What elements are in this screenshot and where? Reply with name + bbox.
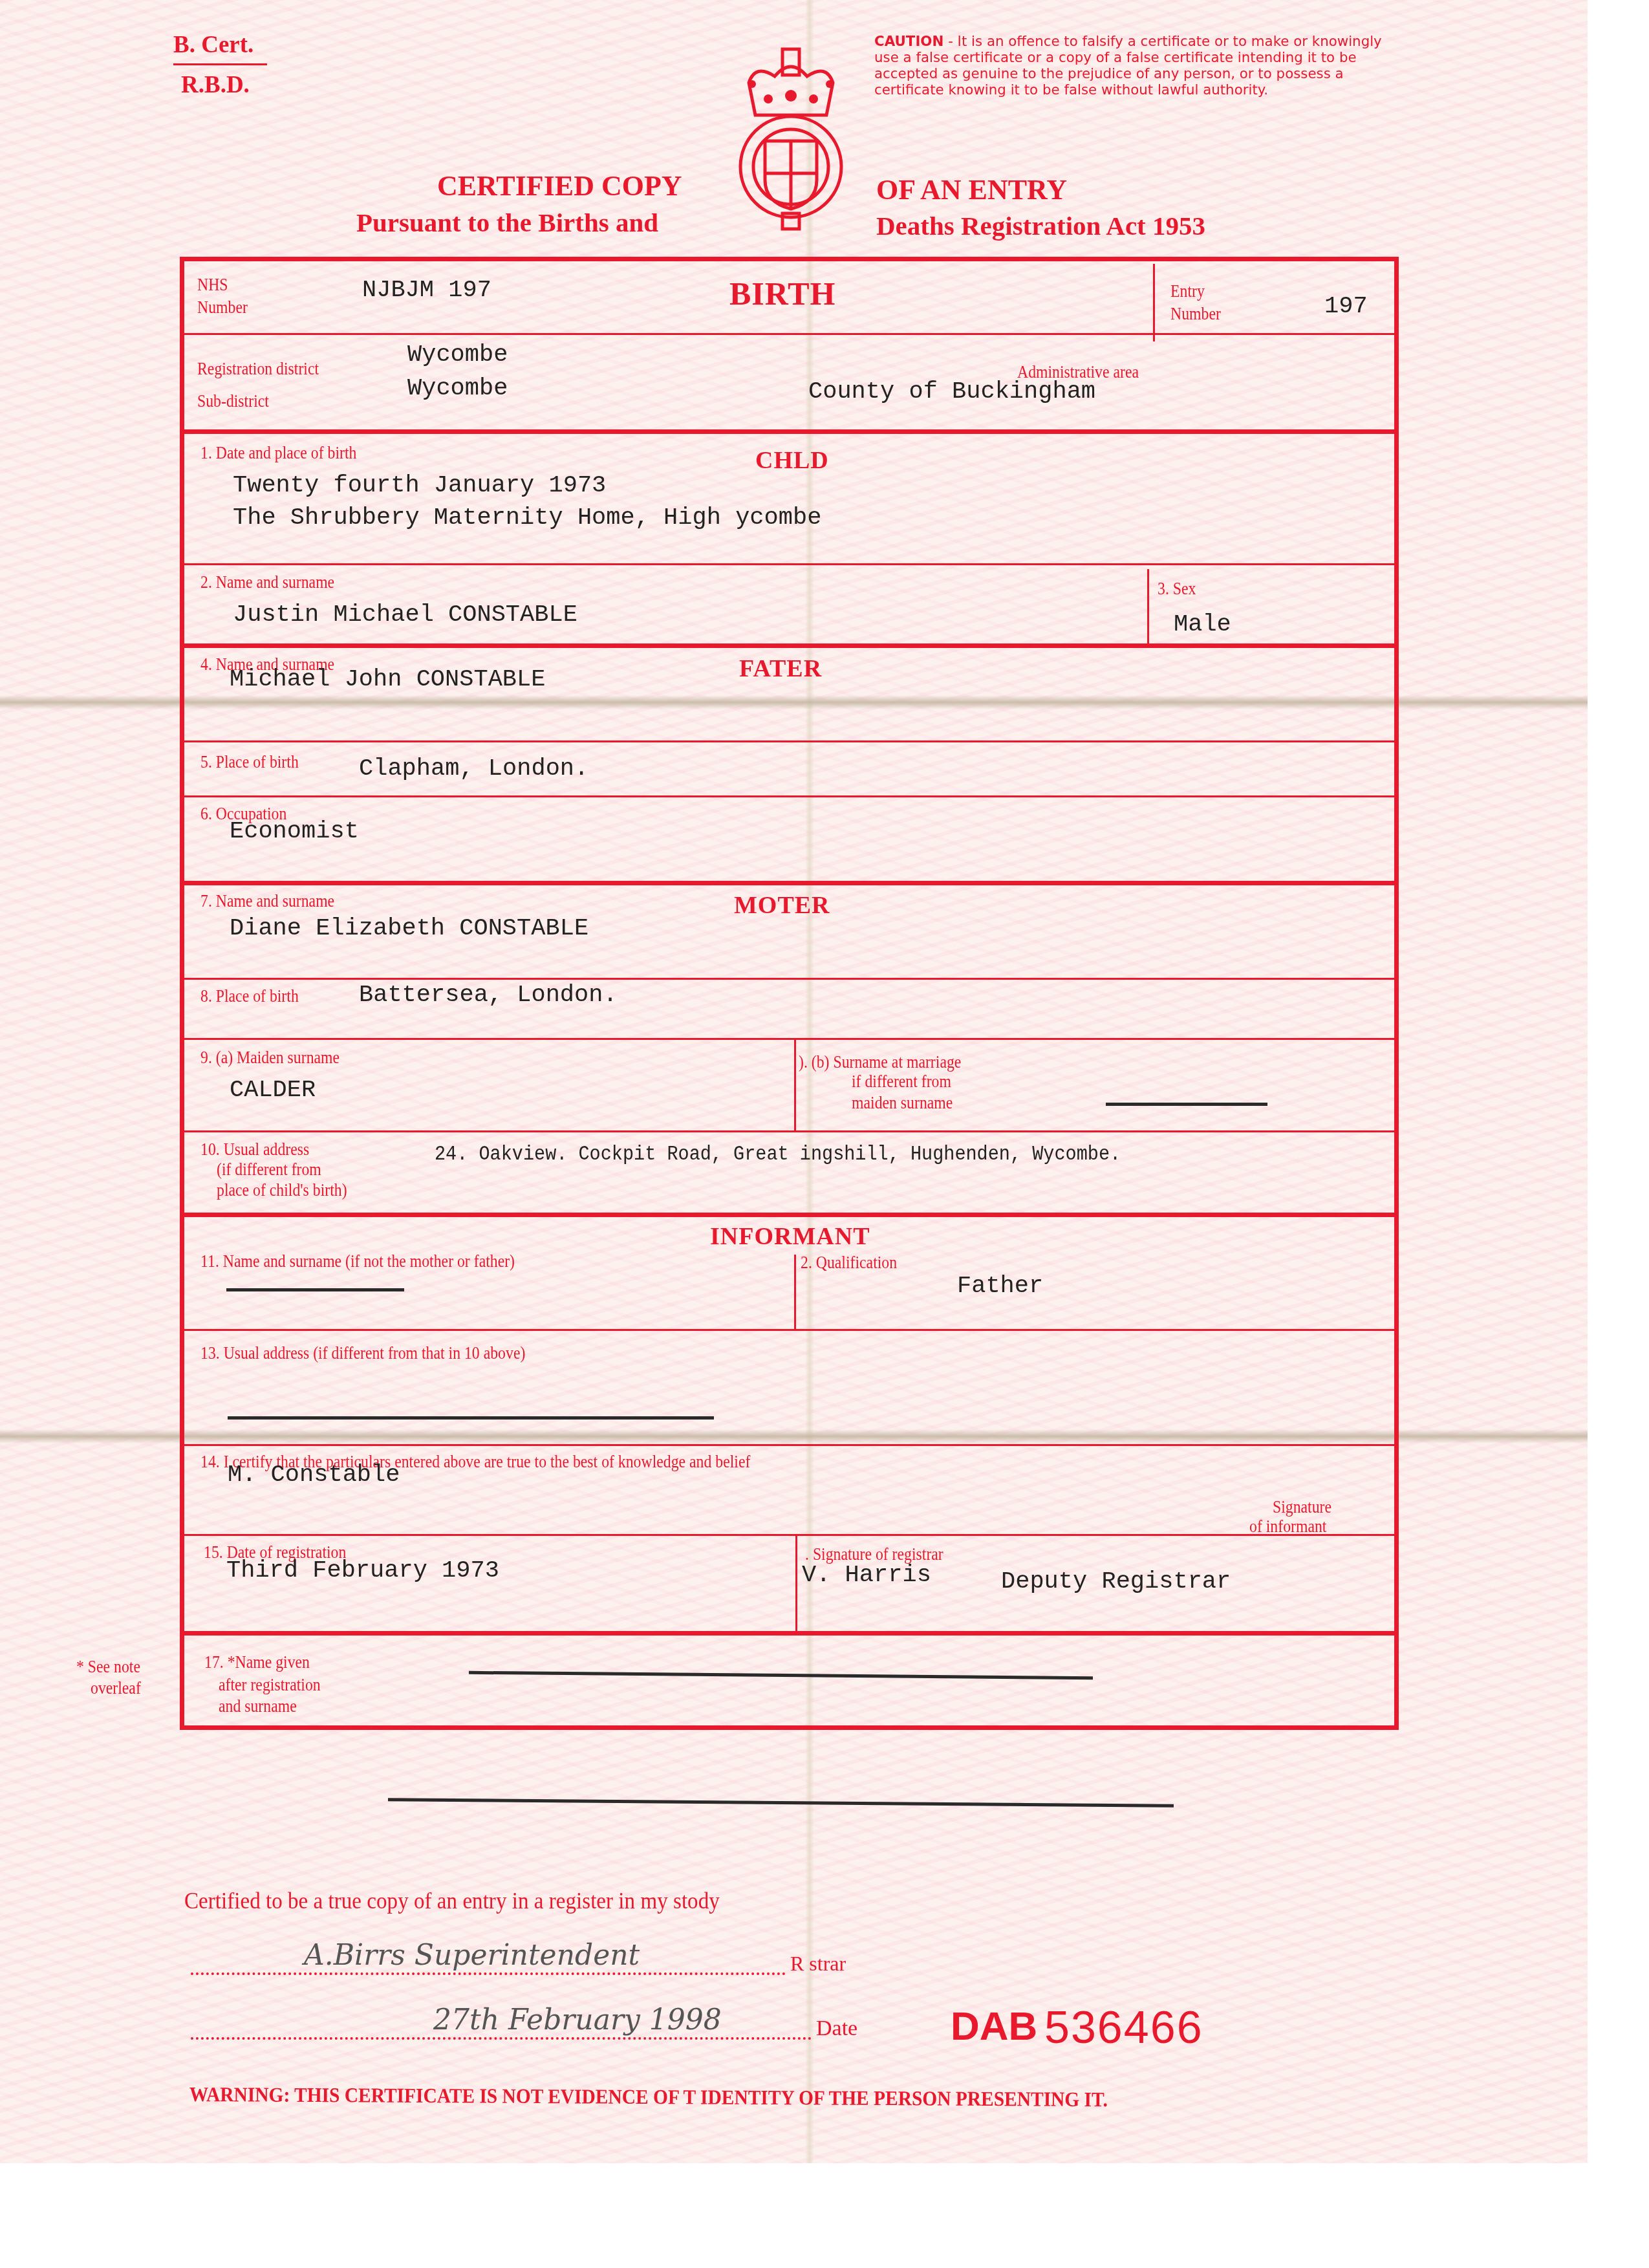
name-after-registration-blank-line bbox=[469, 1671, 1093, 1679]
date-suffix-label: Date bbox=[816, 2016, 857, 2041]
qualification-label: 2. Qualification bbox=[801, 1253, 897, 1273]
maiden-divider bbox=[794, 1038, 796, 1130]
name-after-registration-label-2: after registration bbox=[219, 1675, 321, 1695]
surname-at-marriage-label-1: ). (b) Surname at marriage bbox=[799, 1052, 961, 1072]
informant-name-blank-line bbox=[226, 1288, 404, 1291]
entry-number-value: 197 bbox=[1324, 293, 1368, 320]
sex-label: 3. Sex bbox=[1158, 579, 1196, 599]
fold-crease-vertical bbox=[805, 0, 814, 2163]
father-birthplace-label: 5. Place of birth bbox=[200, 752, 299, 772]
cancel-line bbox=[388, 1798, 1174, 1808]
form-border-top bbox=[180, 257, 1399, 261]
see-note-label-1: * See note bbox=[76, 1657, 140, 1677]
section-title-father: FATER bbox=[739, 654, 822, 683]
row-divider bbox=[180, 333, 1399, 335]
nhs-number-label-2: Number bbox=[197, 297, 248, 318]
mother-birthplace-label: 8. Place of birth bbox=[200, 986, 299, 1006]
identity-warning: WARNING: THIS CERTIFICATE IS NOT EVIDENC… bbox=[189, 2082, 1108, 2111]
row-divider bbox=[180, 1038, 1399, 1040]
name-after-registration-label-1: 17. *Name given bbox=[204, 1652, 310, 1672]
nhs-number-value: NJBJM 197 bbox=[362, 277, 491, 304]
maiden-surname-label: 9. (a) Maiden surname bbox=[200, 1048, 339, 1068]
caution-notice: CAUTION - It is an offence to falsify a … bbox=[874, 34, 1401, 98]
royal-crest-icon bbox=[729, 44, 852, 232]
registrar-handwritten-signature: A.Birrs Superintendent bbox=[304, 1939, 640, 1972]
maiden-surname-value: CALDER bbox=[230, 1077, 316, 1104]
serial-prefix: DAB bbox=[951, 2003, 1037, 2049]
registrar-name: V. Harris bbox=[802, 1562, 931, 1589]
signature-of-informant-label-1: Signature bbox=[1273, 1497, 1331, 1517]
certification-handwritten-date: 27th February 1998 bbox=[433, 2003, 722, 2036]
section-divider bbox=[180, 643, 1399, 648]
sub-district-value: Wycombe bbox=[407, 375, 508, 402]
row-divider bbox=[180, 1444, 1399, 1446]
surname-at-marriage-label-2: if different from bbox=[852, 1072, 951, 1092]
caution-text: - It is an offence to falsify a certific… bbox=[874, 34, 1382, 98]
date-dotted-line bbox=[191, 2037, 812, 2040]
usual-address-value: 24. Oakview. Cockpit Road, Great ingshil… bbox=[435, 1143, 1121, 1166]
form-code-divider bbox=[173, 63, 267, 65]
registrar-title: Deputy Registrar bbox=[1001, 1568, 1231, 1595]
certified-true-copy-statement: Certified to be a true copy of an entry … bbox=[184, 1887, 720, 1914]
section-divider bbox=[180, 1213, 1399, 1217]
section-title-mother: MOTER bbox=[734, 891, 830, 920]
fold-crease-horizontal bbox=[0, 695, 1588, 709]
entry-number-label-2: Number bbox=[1170, 304, 1221, 324]
mother-name-label: 7. Name and surname bbox=[200, 891, 334, 911]
date-of-registration-value: Third February 1973 bbox=[226, 1557, 499, 1584]
usual-address-label-3: place of child's birth) bbox=[217, 1180, 347, 1200]
certificate-paper: B. Cert. R.B.D. CERTIFIED COPY Pursuant … bbox=[0, 0, 1588, 2163]
row-divider bbox=[180, 563, 1399, 565]
form-border-right bbox=[1394, 257, 1399, 1730]
row-divider bbox=[180, 1534, 1399, 1536]
sex-divider bbox=[1147, 569, 1149, 647]
registrar-signature-dotted-line bbox=[191, 1972, 786, 1975]
section-title-informant: INFORMANT bbox=[710, 1222, 870, 1251]
registration-district-value: Wycombe bbox=[407, 341, 508, 369]
entry-number-label-1: Entry bbox=[1170, 281, 1205, 301]
see-note-label-2: overleaf bbox=[91, 1678, 141, 1698]
date-place-birth-label: 1. Date and place of birth bbox=[200, 443, 356, 463]
name-after-registration-label-3: and surname bbox=[219, 1696, 297, 1716]
sex-value: Male bbox=[1174, 611, 1231, 638]
registrar-suffix-label: R strar bbox=[790, 1952, 846, 1976]
section-title-child: CHLD bbox=[755, 446, 829, 475]
serial-number: 536466 bbox=[1044, 2002, 1203, 2053]
row-divider bbox=[180, 740, 1399, 742]
informant-signature-value: M. Constable bbox=[228, 1462, 400, 1489]
form-border-left bbox=[180, 257, 184, 1730]
form-code-top: B. Cert. bbox=[173, 31, 253, 59]
title-act: Deaths Registration Act 1953 bbox=[876, 210, 1205, 241]
child-name-label: 2. Name and surname bbox=[200, 572, 334, 592]
section-divider bbox=[180, 429, 1399, 434]
section-divider bbox=[180, 881, 1399, 885]
mother-name-value: Diane Elizabeth CONSTABLE bbox=[230, 915, 588, 942]
informant-address-label: 13. Usual address (if different from tha… bbox=[200, 1343, 525, 1363]
usual-address-label-2: (if different from bbox=[217, 1160, 321, 1180]
registration-district-label: Registration district bbox=[197, 359, 319, 379]
row-divider bbox=[180, 1130, 1399, 1132]
entry-divider bbox=[1153, 264, 1155, 341]
sub-district-label: Sub-district bbox=[197, 391, 269, 411]
title-pursuant: Pursuant to the Births and bbox=[356, 207, 658, 238]
title-of-an-entry: OF AN ENTRY bbox=[876, 173, 1067, 206]
caution-label: CAUTION bbox=[874, 34, 943, 50]
row-divider bbox=[180, 795, 1399, 797]
usual-address-label-1: 10. Usual address bbox=[200, 1139, 309, 1160]
form-code-bottom: R.B.D. bbox=[181, 71, 250, 99]
administrative-area-value: County of Buckingham bbox=[808, 378, 1095, 405]
surname-at-marriage-label-3: maiden surname bbox=[852, 1093, 953, 1113]
registrar-divider bbox=[795, 1534, 797, 1631]
surname-at-marriage-blank-line bbox=[1106, 1103, 1267, 1106]
qualification-divider bbox=[794, 1255, 796, 1329]
informant-name-label: 11. Name and surname (if not the mother … bbox=[200, 1251, 515, 1271]
row-divider bbox=[180, 978, 1399, 980]
qualification-value: Father bbox=[957, 1273, 1043, 1300]
occupation-value: Economist bbox=[230, 818, 359, 845]
nhs-number-label-1: NHS bbox=[197, 275, 228, 295]
row-divider bbox=[180, 1329, 1399, 1331]
father-birthplace-value: Clapham, London. bbox=[359, 755, 588, 783]
informant-address-blank-line bbox=[228, 1416, 714, 1420]
date-of-birth-value: Twenty fourth January 1973 bbox=[233, 472, 606, 499]
title-certified-copy: CERTIFIED COPY bbox=[437, 169, 682, 202]
form-title-birth: BIRTH bbox=[729, 275, 835, 312]
place-of-birth-value: The Shrubbery Maternity Home, High ycomb… bbox=[233, 504, 821, 532]
form-border-bottom bbox=[180, 1725, 1399, 1730]
fold-crease-horizontal bbox=[0, 1429, 1588, 1443]
section-divider bbox=[180, 1631, 1399, 1636]
child-name-value: Justin Michael CONSTABLE bbox=[233, 601, 577, 629]
father-name-value: Michael John CONSTABLE bbox=[230, 666, 545, 693]
mother-birthplace-value: Battersea, London. bbox=[359, 982, 618, 1009]
